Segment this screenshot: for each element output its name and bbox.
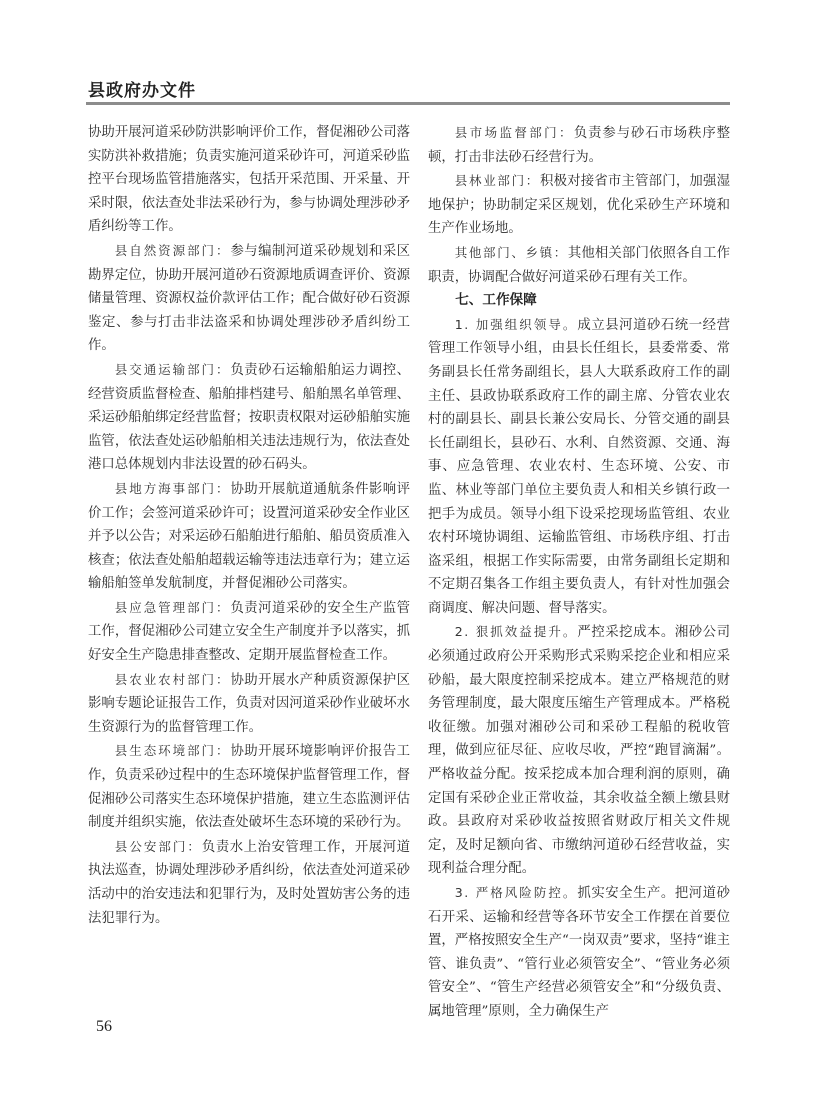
page-number: 56 [96,1018,112,1036]
paragraph-forestry: 县林业部门：积极对接省市主管部门，加强湿地保护；协助制定采区规划，优化采砂生产环… [428,169,730,241]
paragraph-lead: 县公安部门： [115,839,202,854]
paragraph-text: 严控采挖成本。湘砂公司必须通过政府公开采购形式采购采挖企业和相应采砂船，最大限度… [428,625,730,876]
section-heading: 七、工作保障 [428,289,730,313]
paragraph-lead: 县交通运输部门： [115,362,231,377]
paragraph-market-supervision: 县市场监督部门：负责参与砂石市场秩序整顿，打击非法砂石经营行为。 [428,121,730,169]
paragraph-text: 协助开展河道采砂防洪影响评价工作，督促湘砂公司落实防洪补救措施；负责实施河道采砂… [88,125,410,234]
paragraph-text: 参与编制河道采砂规划和采区勘界定位，协助开展河道砂石资源地质调查评价、资源储量管… [88,244,410,353]
paragraph-risk-control: 3. 严格风险防控。抓实安全生产。把河道砂石开采、运输和经营等各环节安全工作摆在… [428,881,730,1024]
document-header-title: 县政府办文件 [88,76,196,101]
paragraph-lead: 2. 狠抓效益提升。 [455,624,578,639]
paragraph-lead: 其他部门、乡镇： [455,245,568,260]
header-divider [86,102,730,105]
paragraph-organization-leadership: 1. 加强组织领导。成立县河道砂石统一经营管理工作领导小组，由县长任组长，县委常… [428,313,730,621]
paragraph-agriculture: 县农业农村部门：协助开展水产种质资源保护区影响专题论证报告工作，负责对因河道采砂… [88,668,410,740]
paragraph-ecology: 县生态环境部门：协助开展环境影响评价报告工作，负责采砂过程中的生态环境保护监督管… [88,739,410,834]
paragraph-maritime: 县地方海事部门：协助开展航道通航条件影响评价工作；会签河道采砂许可；设置河道采砂… [88,477,410,596]
paragraph-lead: 县应急管理部门： [115,600,231,615]
paragraph-benefit-improvement: 2. 狠抓效益提升。严控采挖成本。湘砂公司必须通过政府公开采购形式采购采挖企业和… [428,620,730,881]
paragraph-lead: 县农业农村部门： [115,672,231,687]
right-column: 县市场监督部门：负责参与砂石市场秩序整顿，打击非法砂石经营行为。 县林业部门：积… [428,121,730,1024]
paragraph-text: 抓实安全生产。把河道砂石开采、运输和经营等各环节安全工作摆在首要位置，严格按照安… [428,886,730,1019]
paragraph-transport: 县交通运输部门：负责砂石运输船舶运力调控、经营资质监督检查、船舶排档建号、船舶黑… [88,358,410,477]
paragraph-lead: 县生态环境部门： [115,743,231,758]
paragraph-text: 协助开展航道通航条件影响评价工作；会签河道采砂许可；设置河道采砂安全作业区并予以… [88,482,410,591]
paragraph-lead: 县自然资源部门： [115,243,231,258]
paragraph-lead: 县市场监督部门： [455,125,574,140]
paragraph-lead: 县林业部门： [455,173,540,188]
paragraph-public-security: 县公安部门：负责水上治安管理工作，开展河道执法巡查，协调处理涉砂矛盾纠纷，依法查… [88,835,410,930]
paragraph-lead: 县地方海事部门： [115,481,231,496]
paragraph-other-departments: 其他部门、乡镇：其他相关部门依照各自工作职责，协调配合做好河道采砂石理有关工作。 [428,241,730,289]
paragraph-emergency: 县应急管理部门：负责河道采砂的安全生产监管工作，督促湘砂公司建立安全生产制度并予… [88,596,410,668]
paragraph-text: 负责砂石运输船舶运力调控、经营资质监督检查、船舶排档建号、船舶黑名单管理、采运砂… [88,363,410,472]
paragraph-natural-resources: 县自然资源部门：参与编制河道采砂规划和采区勘界定位，协助开展河道砂石资源地质调查… [88,239,410,358]
left-column: 协助开展河道采砂防洪影响评价工作，督促湘砂公司落实防洪补救措施；负责实施河道采砂… [88,121,410,930]
paragraph-continuation: 协助开展河道采砂防洪影响评价工作，督促湘砂公司落实防洪补救措施；负责实施河道采砂… [88,121,410,239]
paragraph-lead: 3. 严格风险防控。 [455,885,578,900]
paragraph-text: 成立县河道砂石统一经营管理工作领导小组，由县长任组长，县委常委、常务副县长任常务… [428,318,730,616]
paragraph-lead: 1. 加强组织领导。 [455,317,578,332]
